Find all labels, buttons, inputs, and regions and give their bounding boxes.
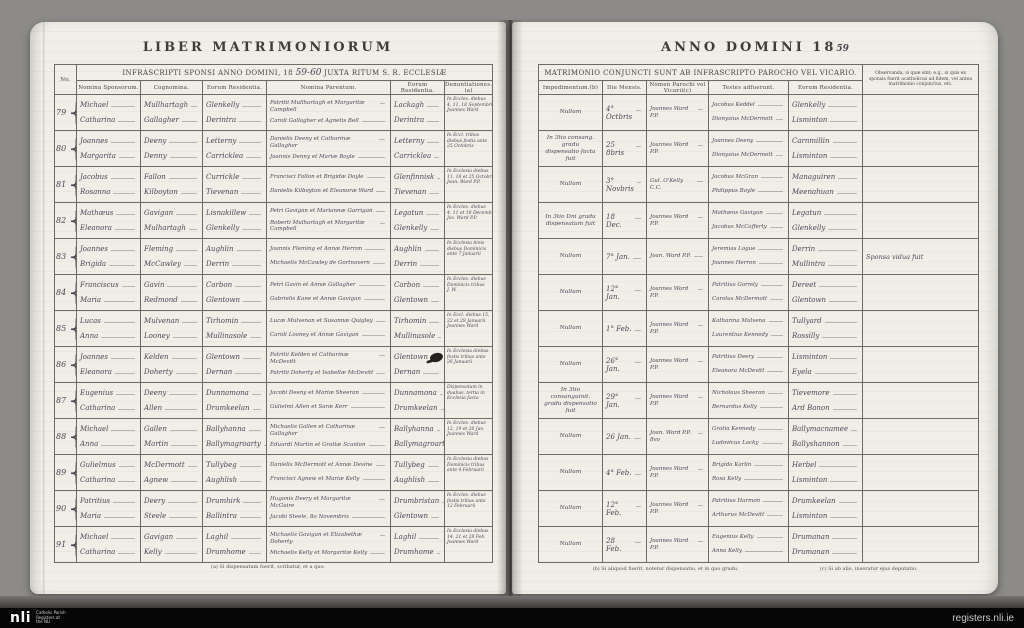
table-body-left: 79 { Michael Catharina Mullhartagh Galla… [55, 95, 493, 563]
denunciation-line-1: In Ecclesia binis [447, 241, 490, 247]
brace-glyph: { [67, 350, 76, 380]
impediment-line-1: Nullum [560, 181, 582, 188]
witness-residence-1: Tievemore [789, 389, 862, 397]
entry-number-cell: 79 { [55, 95, 76, 130]
priest-name: Joannes Ward P.P. [647, 502, 708, 515]
parents-residence-cell: Carbon Glentown [391, 275, 444, 310]
witness-2: Rosa Kelly [709, 476, 788, 483]
entry-number: 85 [55, 324, 66, 333]
priest-cell: Joannes Ward P.P. [647, 527, 708, 562]
groom-parents-residence: Carbon [391, 281, 444, 289]
parents-residence-cell: Laghil Drumhome [391, 527, 444, 562]
bride-surname: Mulhartagh [141, 224, 202, 232]
groom-residence: Laghil [203, 533, 266, 541]
witness-residence-cell: Ballymacnamee Ballyshannon [789, 419, 862, 454]
groom-parents-residence: Dunnamona [391, 389, 444, 397]
table-row: 88 { Michael Anna Gallen Martin Ballyhan… [55, 419, 493, 455]
table-row: 83 { Joannes Brigida Fleming McCawley Au… [55, 239, 493, 275]
witnesses-cell: Eugenius Kelly Anna Kelly [709, 527, 788, 562]
parents-cell: Michaelis Gallen et Catharinæ Gallagher … [267, 419, 390, 454]
names-cell: Michael Catharina [77, 95, 140, 130]
denunciation-line-3: 26 Januarii [447, 360, 490, 366]
groom-surname: Gallen [141, 425, 202, 433]
groom-parents-residence: Tirhomin [391, 317, 444, 325]
bride-residence: Tievenan [203, 188, 266, 196]
residence-cell: Laghil Drumhome [203, 527, 266, 562]
bride-name: Eleanora [77, 368, 140, 376]
brace-glyph: { [67, 494, 76, 524]
witness-2: Philippus Boyle [709, 188, 788, 195]
bride-parents-residence: Glenkelly [391, 224, 444, 232]
surnames-cell: Gavigan Mulhartagh [141, 203, 202, 238]
groom-surname: Deeny [141, 137, 202, 145]
denunciations-cell: In Ecclesia diebus 11, 18 et 25 Octobris… [445, 167, 492, 188]
marriage-date: 26° Jan. [603, 357, 646, 373]
observation-cell [863, 203, 978, 238]
surnames-cell: Mullhartagh Gallagher [141, 95, 202, 130]
bride-name: Rosanna [77, 188, 140, 196]
groom-parents: Jacobi Deeny et Mariæ Sheeran [267, 390, 390, 397]
column-header-surnames: Cognomina. [141, 81, 203, 95]
witness-residence-1: Derrin [789, 245, 862, 253]
footnote-c: (c) Si ab alio, inseratur ejus deputatio… [820, 566, 918, 572]
footnotes-right: (b) Si aliquod fuerit, notetur dispensat… [512, 566, 998, 572]
groom-surname: McDermott [141, 461, 202, 469]
bride-residence: Ballintra [203, 512, 266, 520]
entry-number: 90 [55, 504, 66, 513]
date-cell: 25 8bris [603, 131, 646, 166]
priest-cell: Joannes Ward P.P. [647, 311, 708, 346]
groom-parents: Patritii Kelden et Catharinæ McDevitt [267, 352, 390, 365]
marriage-date: 12° Jan. [603, 285, 646, 301]
witness-residence-cell: Drumkeelan Lisminton [789, 491, 862, 526]
denunciations-cell: In Ecclesia diebus festis tribus ante 26… [445, 347, 492, 368]
groom-surname: Gavigan [141, 209, 202, 217]
names-cell: Joannes Margarita [77, 131, 140, 166]
groom-residence: Dunnamona [203, 389, 266, 397]
parents-cell: Joannis Fleming et Annæ Herron Michaelis… [267, 239, 390, 274]
groom-name: Mathæus [77, 209, 140, 217]
bride-parents: Michaelis Kelly et Margaritæ Kelly [267, 550, 390, 557]
groom-residence: Drumhirk [203, 497, 266, 505]
observation-cell: Sponsa vidua fuit [863, 239, 978, 274]
observation-cell [863, 455, 978, 490]
witness-residence-2: Lisminton [789, 152, 862, 160]
groom-name: Joannes [77, 137, 140, 145]
residence-cell: Drumhirk Ballintra [203, 491, 266, 526]
marriage-table-left: No. INFRASCRIPTI SPONSI ANNO DOMINI, 18 … [54, 64, 493, 563]
date-cell: 3° Novbris [603, 167, 646, 202]
entry-number: 83 [55, 252, 66, 261]
denunciation-line-1: In Eccles. diebus [447, 493, 490, 499]
table-row: 79 { Michael Catharina Mullhartagh Galla… [55, 95, 493, 131]
parents-cell: Lucæ Mulvenan et Susannæ Quigley Caroli … [267, 311, 390, 346]
groom-parents: Danielis McDermott et Annæ Devine [267, 462, 390, 469]
residence-cell: Dunnamona Drumkeelan [203, 383, 266, 418]
entry-number: 82 [55, 216, 66, 225]
groom-name: Michael [77, 533, 140, 541]
denunciations-cell: In Eccles. diebus festis tribus ante 12 … [445, 491, 492, 512]
marriage-date: 28 Feb. [603, 537, 646, 553]
names-cell: Mathæus Eleanora [77, 203, 140, 238]
bride-parents: Caroli Looney et Annæ Gavigan [267, 332, 390, 339]
witness-residence-cell: Managuiren Meenahuan [789, 167, 862, 202]
parents-cell: Patritii Kelden et Catharinæ McDevitt Pa… [267, 347, 390, 382]
bride-residence: Aughlish [203, 476, 266, 484]
priest-name: Joannes Ward P.P. [647, 106, 708, 119]
impediment-line-1: Nullum [560, 505, 582, 512]
bride-parents-residence: Carricklea [391, 152, 444, 160]
witness-1: Patritius Deery [709, 354, 788, 361]
residence-cell: Carbon Glentown [203, 275, 266, 310]
date-cell: 12° Jan. [603, 275, 646, 310]
parents-residence-cell: Glenfinnisk Tievenan [391, 167, 444, 202]
names-cell: Eugenius Catharina [77, 383, 140, 418]
table-row: In 3tio Dni gradu dispensatum fuit 18 De… [539, 203, 979, 239]
date-cell: 18 Dec. [603, 203, 646, 238]
witness-residence-cell: Herbel Lisminton [789, 455, 862, 490]
witness-1: Jeremias Logue [709, 246, 788, 253]
page-title-left: LIBER MATRIMONIORUM [30, 40, 506, 55]
priest-name: Joannes Ward P.P. [647, 142, 708, 155]
bride-parents: Eduardi Martin et Gratiæ Scanlon [267, 442, 390, 449]
denunciation-line-3: J. W. [447, 288, 490, 294]
table-row: 89 { Gulielmus Catharina McDermott Agnew… [55, 455, 493, 491]
table-row: Nullum 26° Jan. Joannes Ward P.P. Patrit… [539, 347, 979, 383]
groom-name: Patritius [77, 497, 140, 505]
table-row: 80 { Joannes Margarita Deeny Denny Lette… [55, 131, 493, 167]
impediment-cell: Nullum [539, 491, 602, 526]
marriage-date: 3° Novbris [603, 177, 646, 193]
impediment-cell: Nullum [539, 95, 602, 130]
table-row: Nullum 26 Jan. Joan. Ward P.P. 8vo Grati… [539, 419, 979, 455]
entry-number-cell: 84 { [55, 275, 76, 310]
residence-cell: Lisnakillew Glenkelly [203, 203, 266, 238]
priest-cell: Joannes Ward P.P. [647, 455, 708, 490]
groom-residence: Lisnakillew [203, 209, 266, 217]
witness-2: Eleanora McDevitt [709, 368, 788, 375]
entry-number-cell: 91 { [55, 527, 76, 562]
impediment-line-1: Nullum [560, 289, 582, 296]
witnesses-cell: Jacobus McGran Philippus Boyle [709, 167, 788, 202]
impediment-cell: Nullum [539, 347, 602, 382]
entry-number: 84 [55, 288, 66, 297]
groom-residence: Ballyhanna [203, 425, 266, 433]
witness-residence-2: Lisminton [789, 476, 862, 484]
brace-glyph: { [67, 314, 76, 344]
impediment-line-2: dispensatio facta fuit [541, 149, 600, 163]
residence-cell: Glentown Dernan [203, 347, 266, 382]
impediment-cell: Nullum [539, 527, 602, 562]
priest-name: Joannes Ward P.P. [647, 394, 708, 407]
impediment-cell: Nullum [539, 275, 602, 310]
groom-parents-residence: Letterny [391, 137, 444, 145]
witness-residence-2: Lisminton [789, 512, 862, 520]
witness-2: Laurentius Kennedy [709, 332, 788, 339]
groom-name: Jacobus [77, 173, 140, 181]
bride-parents: Patritii Doherty et Isabellæ McDevitt [267, 370, 390, 377]
groom-parents: Petri Gavigan et Mariannæ Garrigan [267, 208, 390, 215]
date-cell: 4° Feb. [603, 455, 646, 490]
denunciation-line-1: In Eccl. diebus 15, [447, 313, 490, 319]
bride-residence: Drumkeelan [203, 404, 266, 412]
impediment-line-1: Nullum [560, 433, 582, 440]
entry-number-cell: 90 { [55, 491, 76, 526]
priest-cell: Joannes Ward P.P. [647, 275, 708, 310]
entry-number: 88 [55, 432, 66, 441]
residence-cell: Ballyhanna Ballymagroarty [203, 419, 266, 454]
witness-1: Jacobus Keddel [709, 102, 788, 109]
witnesses-cell: Brigida Karlin Rosa Kelly [709, 455, 788, 490]
names-cell: Lucas Anna [77, 311, 140, 346]
bride-name: Anna [77, 332, 140, 340]
witness-residence-1: Managuiren [789, 173, 862, 181]
denunciation-line-3: Ecclesia facta [447, 396, 490, 402]
denunciations-cell: In Eccles. diebus 12, 19 et 26 Jan. Joan… [445, 419, 492, 440]
bride-parents: Gabrielis Kane et Annæ Gavigan [267, 296, 390, 303]
denunciation-line-1: In Eccles. diebus [447, 97, 490, 103]
table-row: 91 { Michael Catharina Gavigan Kelly Lag… [55, 527, 493, 563]
groom-surname: Fleming [141, 245, 202, 253]
parents-cell: Petri Gavin et Annæ Gallagher Gabrielis … [267, 275, 390, 310]
table-row: 84 { Franciscus Maria Gavin Redmond Carb… [55, 275, 493, 311]
denunciation-line-1: In Ecclesia diebus [447, 529, 490, 535]
marriage-date: 18 Dec. [603, 213, 646, 229]
table-row: 85 { Lucas Anna Mulvenan Looney Tirhomin… [55, 311, 493, 347]
witness-residence-2: Eyela [789, 368, 862, 376]
marriage-date: 1° Feb. [603, 325, 646, 333]
handwritten-year-right: 59 [836, 44, 849, 54]
denunciation-line-3: Joannes Ward [447, 540, 490, 546]
bride-surname: Steele [141, 512, 202, 520]
denunciation-line-3: Joannes Ward [447, 432, 490, 438]
denunciations-cell: In Ecclesia diebus 14, 21 et 28 Feb. Joa… [445, 527, 492, 548]
impediment-cell: Nullum [539, 239, 602, 274]
parents-residence-cell: Dunnamona Drumkeelan [391, 383, 444, 418]
handwritten-year-left: 59-60 [296, 68, 322, 78]
surnames-cell: Gavigan Kelly [141, 527, 202, 562]
witness-residence-1: Dereet [789, 281, 862, 289]
witness-2: Dionysius McDermott [709, 152, 788, 159]
denunciation-line-1: In Ecclesia diebus [447, 457, 490, 463]
parents-residence-cell: Letterny Carricklea [391, 131, 444, 166]
observation-cell [863, 95, 978, 130]
witness-1: Katharina Mulvena [709, 318, 788, 325]
groom-name: Franciscus [77, 281, 140, 289]
groom-parents: Francisci Fallon et Brigidæ Doyle [267, 174, 390, 181]
witness-residence-1: Lisminton [789, 353, 862, 361]
entry-number: 86 [55, 360, 66, 369]
entry-number-cell: 80 { [55, 131, 76, 166]
parents-residence-cell: Tullybeg Aughlish [391, 455, 444, 490]
priest-name: Gul. O'Kelly C.C. [647, 178, 708, 191]
witness-1: Eugenius Kelly [709, 534, 788, 541]
bride-parents: Danielis Kilboyton et Eleanoræ Ward [267, 188, 390, 195]
groom-name: Eugenius [77, 389, 140, 397]
denunciation-line-3: ante 4 Februarii [447, 468, 490, 474]
denunciation-line-3: 12 Februarii [447, 504, 490, 510]
brace-glyph: { [67, 98, 76, 128]
title-right-printed: ANNO DOMINI 18 [661, 40, 836, 55]
brace-glyph: { [67, 278, 76, 308]
impediment-cell: Nullum [539, 167, 602, 202]
bride-parents-residence: Derrin [391, 260, 444, 268]
table-body-right: Nullum 4° Octbris Joannes Ward P.P. Jaco… [539, 95, 979, 563]
denunciation-line-1: In Ecclesia diebus [447, 349, 490, 355]
bride-parents-residence: Drumkeelan [391, 404, 444, 412]
impediment-line-1: Nullum [560, 109, 582, 116]
groom-parents-residence: Aughlin [391, 245, 444, 253]
witness-2: Anna Kelly [709, 548, 788, 555]
priest-cell: Joannes Ward P.P. [647, 95, 708, 130]
bride-surname: Agnew [141, 476, 202, 484]
surnames-cell: McDermott Agnew [141, 455, 202, 490]
brace-glyph: { [67, 386, 76, 416]
witness-residence-2: Mullintra [789, 260, 862, 268]
groom-surname: Deery [141, 497, 202, 505]
bride-parents: Michaelis McCawley de Gortnavern [267, 260, 390, 267]
witnesses-cell: Joannes Deeny Dionysius McDermott [709, 131, 788, 166]
date-cell: 26 Jan. [603, 419, 646, 454]
table-row: Nullum 4° Feb. Joannes Ward P.P. Brigida… [539, 455, 979, 491]
witness-residence-1: Glenkelly [789, 101, 862, 109]
groom-parents-residence: Drumbristan [391, 497, 444, 505]
marriage-date: 4° Octbris [603, 105, 646, 121]
brace-glyph: { [67, 458, 76, 488]
bride-parents: Roberti Mulhartagh et Margaritæ Campbell [267, 220, 390, 233]
groom-parents: Hugonis Deery et Margaritæ McGuire [267, 496, 390, 509]
witness-residence-2: Glenkelly [789, 224, 862, 232]
groom-residence: Tullybeg [203, 461, 266, 469]
witnesses-cell: Nicholaus Sheeran Bernardus Kelly [709, 383, 788, 418]
footer-bar: nli Catholic Parish Registers at the NLI… [0, 608, 1024, 628]
bride-residence: Glentown [203, 296, 266, 304]
bride-surname: Kilboyton [141, 188, 202, 196]
date-cell: 28 Feb. [603, 527, 646, 562]
denunciation-line-1: In Eccles. diebus [447, 205, 490, 211]
groom-parents-residence: Tullybeg [391, 461, 444, 469]
bride-parents-residence: Tievenan [391, 188, 444, 196]
bride-name: Margarita [77, 152, 140, 160]
witnesses-cell: Mathæus Gavigan Jacobus McCafferty [709, 203, 788, 238]
priest-cell: Joannes Ward P.P. [647, 131, 708, 166]
witness-1: Patritius Harmon [709, 498, 788, 505]
denunciations-cell: In Ecclesia diebus Dominicis tribus ante… [445, 455, 492, 476]
registers-site-link[interactable]: registers.nli.ie [952, 613, 1014, 624]
impediment-line-1: Nullum [560, 541, 582, 548]
denunciation-line-3: Joannes Ward [447, 108, 490, 114]
residence-cell: Glenkelly Derintra [203, 95, 266, 130]
impediment-cell: Nullum [539, 419, 602, 454]
column-header-observations: Observanda, si quæ sint; e.g., si quis e… [863, 65, 979, 95]
observation-cell [863, 491, 978, 526]
witness-residence-cell: Legatun Glenkelly [789, 203, 862, 238]
witnesses-cell: Jacobus Keddel Dionysius McDermott [709, 95, 788, 130]
witness-residence-cell: Glenkelly Lisminton [789, 95, 862, 130]
table-row: In 3tio consanguinit. gradu dispensatio … [539, 383, 979, 419]
witness-residence-1: Drumkeelan [789, 497, 862, 505]
table-row: 87 { Eugenius Catharina Deeny Allen Dunn… [55, 383, 493, 419]
table-row: Nullum 3° Novbris Gul. O'Kelly C.C. Jaco… [539, 167, 979, 203]
witnesses-cell: Jeremias Logue Joannes Herron [709, 239, 788, 274]
witnesses-cell: Patritius Gormly Carolus McDermott [709, 275, 788, 310]
bride-name: Anna [77, 440, 140, 448]
bride-name: Maria [77, 296, 140, 304]
denunciation-line-3: Joan. Ward P.P. [447, 180, 490, 186]
surnames-cell: Gavin Redmond [141, 275, 202, 310]
column-header-parents: Nomina Parentum. [267, 81, 391, 95]
groom-parents-residence: Glenfinnisk [391, 173, 444, 181]
date-cell: 7° Jan. [603, 239, 646, 274]
residence-cell: Aughlin Derrin [203, 239, 266, 274]
priest-name: Joannes Ward P.P. [647, 286, 708, 299]
witnesses-cell: Gratia Kennedy Ludovicus Lacky [709, 419, 788, 454]
bride-residence: Carricklea [203, 152, 266, 160]
witness-residence-cell: Tullyard Rossilly [789, 311, 862, 346]
groom-surname: Gavin [141, 281, 202, 289]
bride-name: Brigida [77, 260, 140, 268]
groom-name: Lucas [77, 317, 140, 325]
parents-cell: Jacobi Deeny et Mariæ Sheeran Gulielmi A… [267, 383, 390, 418]
groom-residence: Glentown [203, 353, 266, 361]
priest-cell: Joan. Ward P.P. [647, 239, 708, 274]
names-cell: Michael Catharina [77, 527, 140, 562]
bride-parents-residence: Drumhome [391, 548, 444, 556]
column-header-sponsors: Nomina Sponsorum. [77, 81, 141, 95]
priest-name: Joan. Ward P.P. [647, 253, 708, 260]
witness-residence-1: Tullyard [789, 317, 862, 325]
names-cell: Joannes Brigida [77, 239, 140, 274]
entry-number-cell: 81 { [55, 167, 76, 202]
groom-parents: Michaelis Gallen et Catharinæ Gallagher [267, 424, 390, 437]
groom-parents: Patritii Mullhartagh et Margaritæ Campbe… [267, 100, 390, 113]
witness-residence-2: Glentown [789, 296, 862, 304]
groom-parents-residence: Lackagh [391, 101, 444, 109]
column-header-no: No. [55, 65, 77, 95]
entry-number: 81 [55, 180, 66, 189]
parents-cell: Petri Gavigan et Mariannæ Garrigan Rober… [267, 203, 390, 238]
witness-residence-2: Rossilly [789, 332, 862, 340]
witness-residence-cell: Carnmillin Lisminton [789, 131, 862, 166]
table-row: Nullum 12° Feb. Joannes Ward P.P. Patrit… [539, 491, 979, 527]
impediment-line-1: In 3tio consanguinit. [541, 387, 600, 401]
parents-cell: Francisci Fallon et Brigidæ Doyle Daniel… [267, 167, 390, 202]
brace-glyph: { [67, 422, 76, 452]
names-cell: Joannes Eleanora [77, 347, 140, 382]
bride-parents: Gulielmi Allen et Saræ Kerr [267, 404, 390, 411]
denunciation-line-3: Jos. Ward P.P. [447, 216, 490, 222]
groom-surname: Kelden [141, 353, 202, 361]
footnote-a: (a) Si dispensatum fuerit, scribatur, et… [30, 564, 506, 570]
priest-cell: Joannes Ward P.P. [647, 203, 708, 238]
nli-caption-line-3: the NLI [36, 620, 66, 625]
surnames-cell: Deery Steele [141, 491, 202, 526]
names-cell: Jacobus Rosanna [77, 167, 140, 202]
entry-number-cell: 86 { [55, 347, 76, 382]
witness-residence-2: Drumanan [789, 548, 862, 556]
bride-surname: McCawley [141, 260, 202, 268]
parents-residence-cell: Ballyhanna Ballymagroarty [391, 419, 444, 454]
table-row: In 3tio consang. gradu dispensatio facta… [539, 131, 979, 167]
priest-name: Joannes Ward P.P. [647, 322, 708, 335]
bride-parents: Francisci Agnew et Mariæ Kelly [267, 476, 390, 483]
marriage-date: 12° Feb. [603, 501, 646, 517]
date-cell: 29° Jan. [603, 383, 646, 418]
denunciation-line-3: ante 7 Januarii [447, 252, 490, 258]
observation-cell [863, 167, 978, 202]
witness-residence-cell: Drumanan Drumanan [789, 527, 862, 562]
brace-glyph: { [67, 242, 76, 272]
